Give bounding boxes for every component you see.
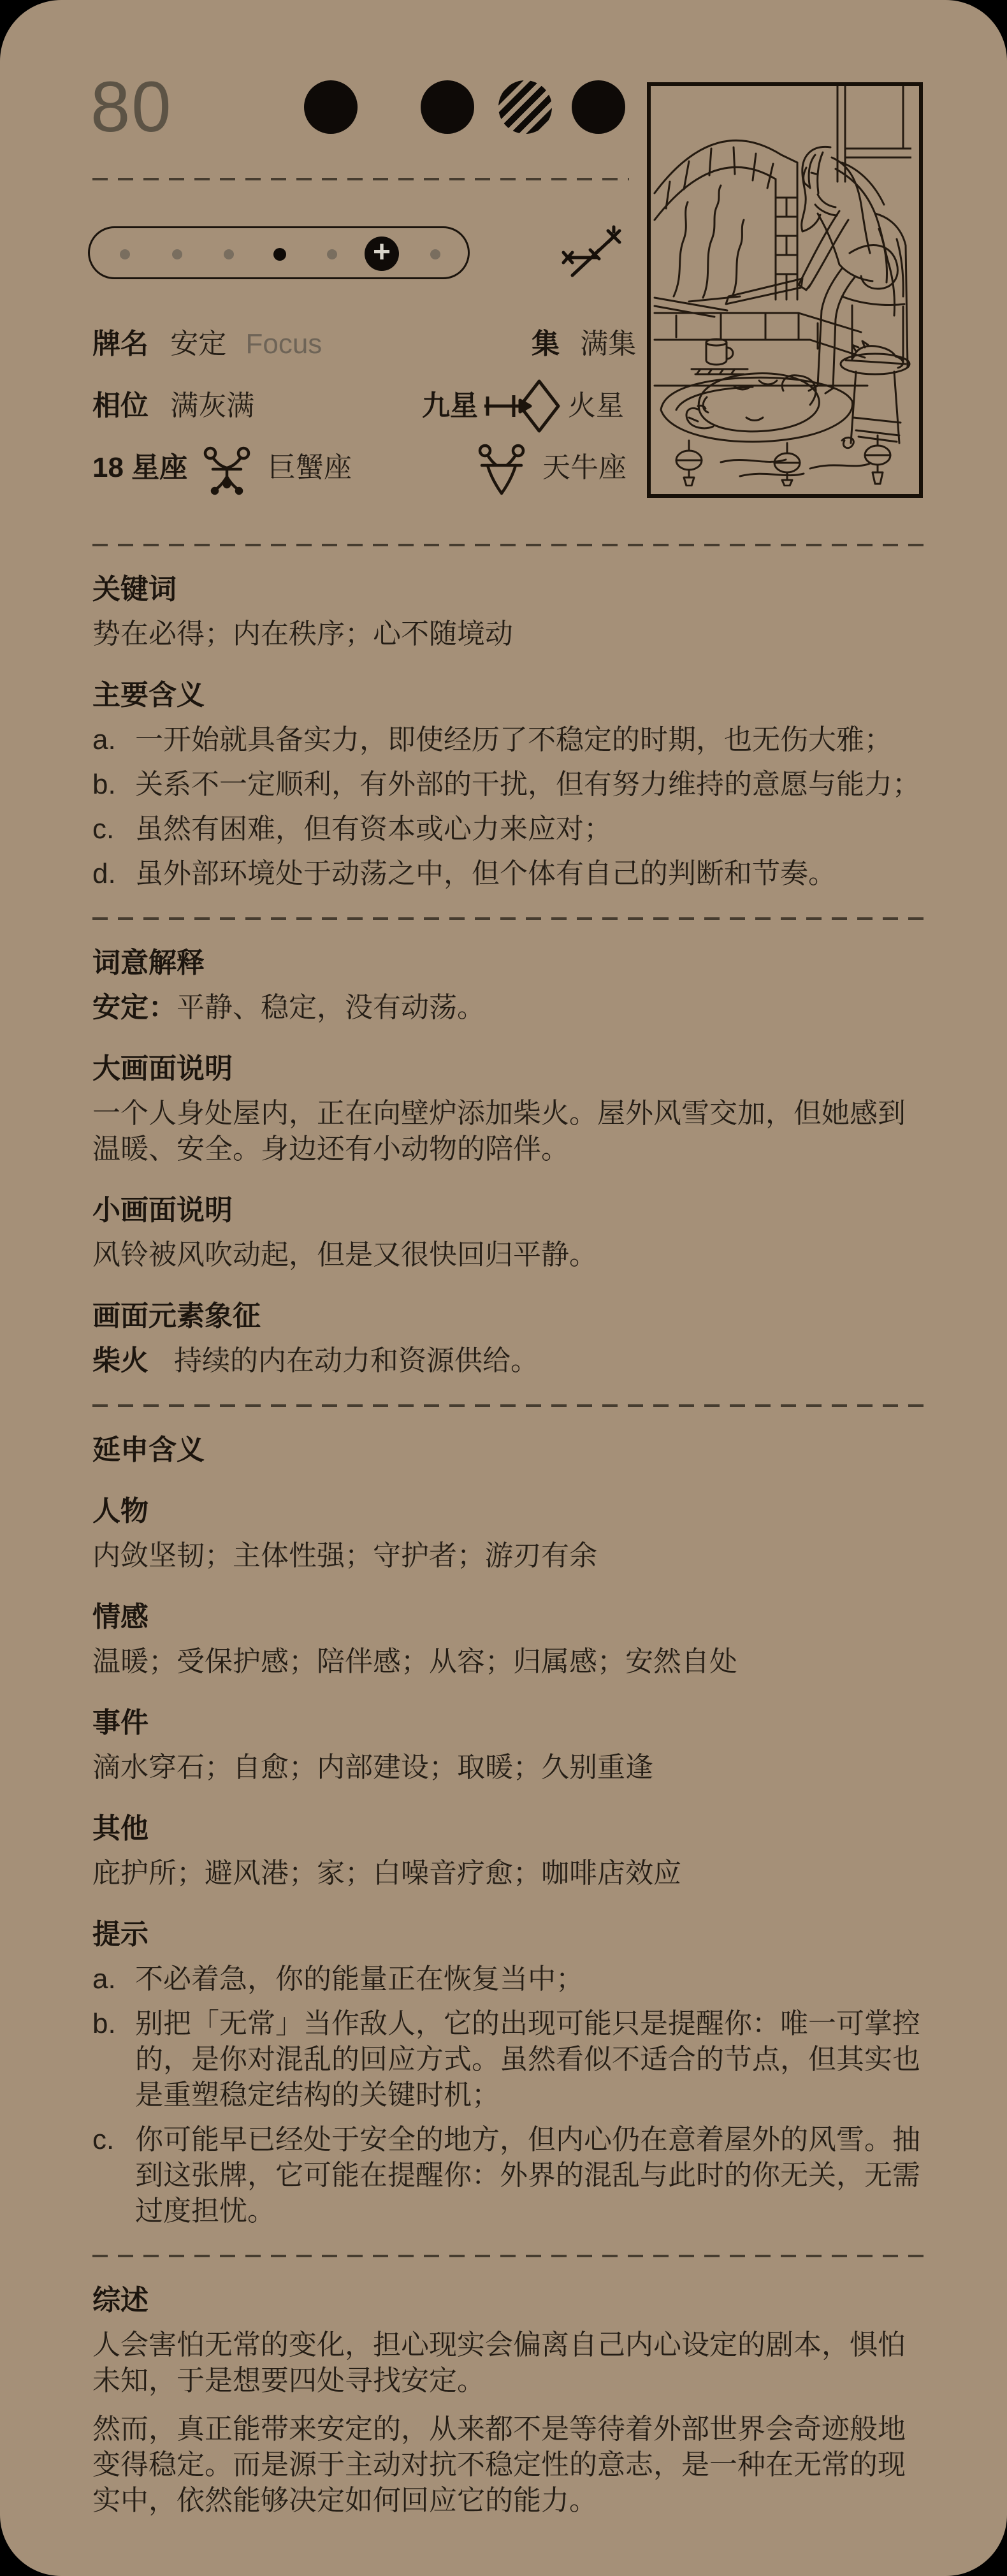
- header-spacer: [92, 0, 927, 518]
- subheading-event: 事件: [92, 1705, 927, 1741]
- subheading-emotion: 情感: [92, 1599, 927, 1635]
- list-item: d.虽外部环境处于动荡之中，但个体有自己的判断和节奏。: [92, 856, 927, 892]
- list-item: a.一开始就具备实力，即使经历了不稳定的时期，也无伤大雅；: [92, 722, 927, 758]
- symbols-text: 柴火持续的内在动力和资源供给。: [92, 1343, 927, 1379]
- item-text: 虽然有困难，但有资本或心力来应对；: [135, 813, 612, 845]
- subheading-other: 其他: [92, 1811, 927, 1847]
- list-item: b.别把「无常」当作敌人，它的出现可能只是提醒你：唯一可掌控的，是你对混乱的回应…: [92, 2006, 927, 2113]
- definition-body: 平静、稳定，没有动荡。: [177, 992, 485, 1023]
- list-item: c.你可能早已经处于安全的地方，但内心仍在意着屋外的风雪。抽到这张牌，它可能在提…: [92, 2122, 927, 2229]
- section-heading-main-meanings: 主要含义: [92, 678, 927, 713]
- emotion-text: 温暖；受保护感；陪伴感；从容；归属感；安然自处: [92, 1644, 927, 1680]
- divider: [92, 2255, 927, 2257]
- item-marker: c.: [92, 811, 114, 847]
- divider: [92, 917, 927, 920]
- list-item: b.关系不一定顺利，有外部的干扰，但有努力维持的意愿与能力；: [92, 767, 927, 803]
- big-picture-text: 一个人身处屋内，正在向壁炉添加柴火。屋外风雪交加，但她感到温暖、安全。身边还有小…: [92, 1096, 927, 1167]
- item-text: 关系不一定顺利，有外部的干扰，但有努力维持的意愿与能力；: [135, 769, 920, 800]
- person-text: 内敛坚韧；主体性强；守护者；游刃有余: [92, 1538, 927, 1574]
- item-text: 不必着急，你的能量正在恢复当中；: [135, 1963, 584, 1995]
- small-picture-text: 风铃被风吹动起，但是又很快回归平静。: [92, 1237, 927, 1273]
- item-text: 一开始就具备实力，即使经历了不稳定的时期，也无伤大雅；: [135, 724, 892, 755]
- list-item: c.虽然有困难，但有资本或心力来应对；: [92, 811, 927, 847]
- other-text: 庇护所；避风港；家；白噪音疗愈；咖啡店效应: [92, 1856, 927, 1891]
- definition-term: 安定：: [92, 992, 177, 1023]
- item-marker: b.: [92, 767, 116, 803]
- card-body: 关键词 势在必得；内在秩序；心不随境动 主要含义 a.一开始就具备实力，即使经历…: [92, 0, 927, 2519]
- section-heading-tips: 提示: [92, 1917, 927, 1953]
- symbols-body: 持续的内在动力和资源供给。: [174, 1345, 539, 1376]
- item-text: 别把「无常」当作敌人，它的出现可能只是提醒你：唯一可掌控的，是你对混乱的回应方式…: [135, 2008, 920, 2111]
- tips-list: a.不必着急，你的能量正在恢复当中； b.别把「无常」当作敌人，它的出现可能只是…: [92, 1961, 927, 2229]
- main-meanings-list: a.一开始就具备实力，即使经历了不稳定的时期，也无伤大雅； b.关系不一定顺利，…: [92, 722, 927, 892]
- symbols-term: 柴火: [92, 1345, 149, 1376]
- item-text: 虽外部环境处于动荡之中，但个体有自己的判断和节奏。: [135, 858, 836, 889]
- list-item: a.不必着急，你的能量正在恢复当中；: [92, 1961, 927, 1997]
- event-text: 滴水穿石；自愈；内部建设；取暖；久别重逢: [92, 1750, 927, 1786]
- tarot-card-detail: 80: [0, 0, 1007, 2576]
- item-marker: b.: [92, 2006, 116, 2042]
- section-heading-keywords: 关键词: [92, 572, 927, 608]
- summary-paragraph: 人会害怕无常的变化，担心现实会偏离自己内心设定的剧本，惧怕未知，于是想要四处寻找…: [92, 2327, 927, 2399]
- definition-text: 安定：平静、稳定，没有动荡。: [92, 990, 927, 1026]
- item-marker: c.: [92, 2122, 114, 2158]
- item-text: 你可能早已经处于安全的地方，但内心仍在意着屋外的风雪。抽到这张牌，它可能在提醒你…: [135, 2124, 920, 2227]
- section-heading-symbols: 画面元素象征: [92, 1299, 927, 1334]
- section-heading-small-picture: 小画面说明: [92, 1193, 927, 1228]
- section-heading-definition: 词意解释: [92, 945, 927, 981]
- section-heading-summary: 综述: [92, 2283, 927, 2318]
- item-marker: a.: [92, 1961, 116, 1997]
- subheading-person: 人物: [92, 1494, 927, 1529]
- divider: [92, 1404, 927, 1407]
- item-marker: a.: [92, 722, 116, 758]
- item-marker: d.: [92, 856, 116, 892]
- section-heading-big-picture: 大画面说明: [92, 1051, 927, 1087]
- section-heading-extended: 延申含义: [92, 1432, 927, 1468]
- keywords-text: 势在必得；内在秩序；心不随境动: [92, 616, 927, 652]
- divider: [92, 544, 927, 546]
- summary-paragraph: 然而，真正能带来安定的，从来都不是等待着外部世界会奇迹般地变得稳定。而是源于主动…: [92, 2412, 927, 2519]
